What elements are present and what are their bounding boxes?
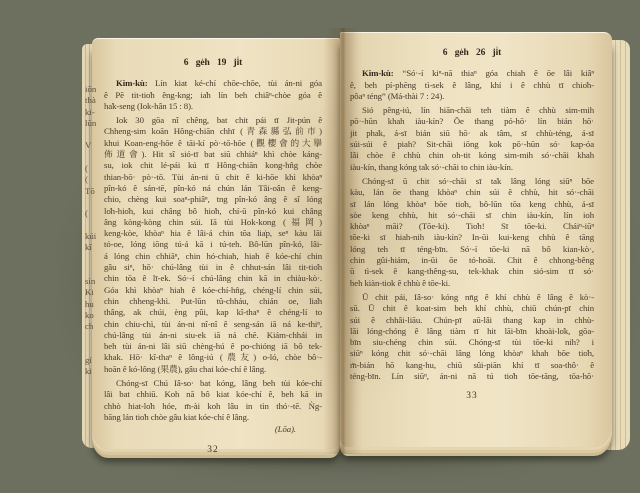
kim-ku-label: Kim-kù: — [362, 68, 394, 78]
edge-text-fragment: iōn — [85, 84, 105, 95]
edge-text-fragment: ko — [85, 310, 105, 321]
kim-ku-text: “Só·-í kiⁿ-nā thiaⁿ góa chiah ê ōe lâi k… — [402, 68, 594, 78]
kim-ku-text: Lín kiat ké-chí chōe-chōe, tùi án-ni góa — [155, 78, 322, 88]
text-line: pôaⁿ téng” (Má-thài 7 : 24). — [350, 91, 594, 102]
text-line: chin chheng-khì. Put-lūn tû-chháu, chián… — [104, 296, 322, 307]
text-line: âng kòng-kòng chin súi. Iā tùi Hok-kong … — [104, 217, 322, 228]
text-line: Chóng-sī Chú Iâ-so· bat kóng, lâng beh t… — [104, 378, 322, 389]
right-body-paragraph-3: Ū chit pái, Iâ-so· kóng nn̄g ê khí chhù … — [350, 292, 594, 382]
text-line: Iok 30 gōa nî chêng, bat chit pái tī Jit… — [104, 115, 322, 126]
text-line: súi ê chhâi-liāu. Chún-pī aū-lâi thang k… — [350, 315, 594, 326]
kim-ku-label: Kim-kù: — [116, 78, 148, 88]
text-line: su, iok chit lé-pái kú tī Hông-chiān kon… — [104, 160, 322, 171]
edge-text-fragment — [85, 152, 105, 163]
text-line: khui Koan-eng-hōe ê tāi-kí pò·-tō-hōe (觀… — [104, 138, 322, 149]
kim-ku-lines: ê, beh pí-phēng tì-sek ê lâng, khí i ê c… — [350, 80, 594, 103]
edge-text-fragment — [85, 220, 105, 231]
text-line: ê Pē tit-tio̍h êng-kng; ia̍h lín beh chi… — [104, 90, 322, 101]
kim-ku-first-line: Kim-kù: “Só·-í kiⁿ-nā thiaⁿ góa chiah ê … — [350, 68, 594, 79]
left-body-paragraph-1: Iok 30 gōa nî chêng, bat chit pái tī Jit… — [104, 115, 322, 375]
text-line: iàu-kín, thang kóng ta̍k só·-chāi to chi… — [350, 162, 594, 173]
edge-text-fragment: ki- — [85, 107, 105, 118]
edge-text-fragment — [85, 333, 105, 344]
text-line: á lóng chin chhiāⁿ, chin hó-chiah, hiah … — [104, 251, 322, 262]
text-line: Góa khì khòaⁿ hiah ê kóe-chí-hn̂g, chéng… — [104, 285, 322, 296]
right-page-header: 6 ge̍h 26 ji̍t — [350, 48, 594, 59]
edge-text-fragment: kúi — [85, 231, 105, 242]
text-line: sòe keng chhù, hit só·-chāi sī chin iàu-… — [350, 210, 594, 221]
text-line: chin chiu-chì, tùi án-ni nî-nî ê seng-sá… — [104, 319, 322, 330]
text-line: lâi bat chhiū. Koh nā bô kiat kóe-chí ê,… — [104, 389, 322, 400]
text-line: chú-lâng tùi án-ni siu-ek iā ná chē. Kiá… — [104, 330, 322, 341]
edge-text-fragment: Tō — [85, 186, 105, 197]
text-line: gâu siⁿ, hō· chú-lâng tùi in ê chhut-sán… — [104, 262, 322, 273]
edge-text-fragment — [85, 253, 105, 264]
text-line: khak. Hō· kî-thaⁿ ê lông-iú (農友) o-ló, c… — [104, 352, 322, 363]
edge-text-fragment: hu — [85, 299, 105, 310]
text-line: Chóng-sī ū chit só·-chāi sī ta̍k lâng ló… — [350, 176, 594, 187]
left-page-number: 32 — [104, 445, 322, 456]
right-kim-ku-paragraph: Kim-kù: “Só·-í kiⁿ-nā thiaⁿ góa chiah ê … — [350, 68, 594, 102]
text-line: lóng teh tī téng-bīn. Só·-í tōe-ki nā bô… — [350, 244, 594, 255]
left-kim-ku-paragraph: Kim-kù: Lín kiat ké-chí chōe-chōe, tùi á… — [104, 78, 322, 112]
text-line: bāng lán tio̍h chòe gâu kiat kóe-chí ê l… — [104, 412, 322, 423]
edge-text-fragment: ki — [85, 366, 105, 377]
edge-text-fragment — [85, 344, 105, 355]
text-line: jit pha̍k, á-sī bián siū hō· ak tâm, sī … — [350, 128, 594, 139]
text-line: lāi lóng-chóng ê lâng tiàm tī hit lāi-bī… — [350, 326, 594, 337]
text-line: tōe-ki sī hiah-nih iàu-kín? In-ūi kui-ke… — [350, 232, 594, 243]
left-page-header: 6 ge̍h 19 ji̍t — [104, 58, 322, 69]
right-page-content: 6 ge̍h 26 ji̍t Kim-kù: “Só·-í kiⁿ-nā thi… — [350, 48, 594, 403]
text-line: chio, chèng kui soaⁿ-phiâⁿ, tng pîn-kó â… — [104, 194, 322, 205]
edge-text-fragment: Ki — [85, 287, 105, 298]
text-line: beh tùi án-ni lâi siū chèng-hú ê po-chió… — [104, 341, 322, 352]
left-page-content: 6 ge̍h 19 ji̍t Kim-kù: Lín kiat ké-chí c… — [104, 58, 322, 456]
text-line: thian-bō· pò·-tō. Tùi án-ni ū chit ê ki-… — [104, 172, 322, 183]
edge-text-fragment: thà — [85, 95, 105, 106]
text-line: pîn-kó ê sán-tē, pîn-kó ná chún lán Tâi-… — [104, 183, 322, 194]
text-line: Ū chit pái, Iâ-so· kóng nn̄g ê khí chhù … — [350, 292, 594, 303]
edge-text-fragment: lūn — [85, 118, 105, 129]
kim-ku-first-line: Kim-kù: Lín kiat ké-chí chōe-chōe, tùi á… — [104, 78, 322, 89]
text-line: 佈道會). Hit sî sió-tī bat siū chhiáⁿ khì c… — [104, 149, 322, 160]
text-line: m̄-bián hō kang-hu, chiū sûi-piān khí tī… — [350, 360, 594, 371]
text-line: súi-súi ê piah? Sit-chāi iōng kok pō·-hū… — [350, 139, 594, 150]
text-line: keng-kòe, khòaⁿ hia ê lâi-á chin tōa lia… — [104, 228, 322, 239]
previous-page-text-fragments: iōnthàki-lūnV((Tō(kúikîsìnKihukochgíki — [85, 84, 105, 378]
text-line: sū. Ū chit ê koat-sim beh khí chhù, chiū… — [350, 303, 594, 314]
kim-ku-lines: ê Pē tit-tio̍h êng-kng; ia̍h lín beh chi… — [104, 90, 322, 113]
text-line: chin gûi-hiám, in-ūi ōe tó-hoāi. Chit ê … — [350, 255, 594, 266]
text-line: téng-bīn. Lín siūⁿ, án-ni nā tú tio̍h tō… — [350, 371, 594, 382]
text-line: kàu, lán ōe thang khòaⁿ chin súi ê chhù,… — [350, 187, 594, 198]
text-line: lâi chòe ê chhù chin oh-tit kóng sim-mih… — [350, 150, 594, 161]
text-line: Sió pêng-iú, lín hiān-chāi teh tiàm ê ch… — [350, 105, 594, 116]
edge-text-fragment — [85, 129, 105, 140]
right-body-paragraph-1: Sió pêng-iú, lín hiān-chāi teh tiàm ê ch… — [350, 105, 594, 173]
text-line: siūⁿ kóng chit só·-chāi lâng lóng khòaⁿ … — [350, 348, 594, 359]
text-line: ū tì-sek ê kang-thêng-su, tek-khak chin … — [350, 266, 594, 277]
text-line: sī lán lóng khòaⁿ bōe tio̍h, bô-lūn tōa … — [350, 199, 594, 210]
text-line: tó-oe, lóng iōng tú-á kā i tú-teh. Bô-lū… — [104, 239, 322, 250]
edge-text-fragment: ( — [85, 174, 105, 185]
text-line: hoān ê kó-lông (果農), gâu chai kóe-chí ê … — [104, 364, 322, 375]
text-line: chhò hiat-lo̍h hóe, m̄-ài koh lâu in tìn… — [104, 401, 322, 412]
text-line: pō·-hūn khah iàu-kín? Ōe thang pó-hō· lí… — [350, 116, 594, 127]
edge-text-fragment: sìn — [85, 276, 105, 287]
text-line: bīn siu-chéng chin súi. Chóng-sī tùi tōe… — [350, 337, 594, 348]
right-body-paragraph-2: Chóng-sī ū chit só·-chāi sī ta̍k lâng ló… — [350, 176, 594, 289]
edge-text-fragment: ( — [85, 163, 105, 174]
author-signature: (Lōa). — [104, 424, 322, 435]
edge-text-fragment: kî — [85, 242, 105, 253]
text-line: chin tōa ê lī-ek. Só·-í chú-lâng chin kā… — [104, 273, 322, 284]
edge-text-fragment: ( — [85, 208, 105, 219]
edge-text-fragment — [85, 265, 105, 276]
text-line: Chheng-sim koān Hông-chiān chhī (青森縣弘前市) — [104, 126, 322, 137]
edge-text-fragment: ch — [85, 321, 105, 332]
text-line: lo̍h-hio̍h, kui châng bô hio̍h, chí-ū pî… — [104, 206, 322, 217]
right-page-number: 33 — [350, 391, 594, 402]
text-line: ê, beh pí-phēng tì-sek ê lâng, khí i ê c… — [350, 80, 594, 91]
edge-text-fragment — [85, 197, 105, 208]
text-line: thâng, ak chúi, èng pûi, kap kî-thaⁿ ê c… — [104, 307, 322, 318]
text-line: beh kiàn-tiok ê chhù ê tōe-ki. — [350, 278, 594, 289]
edge-text-fragment: V — [85, 140, 105, 151]
left-body-paragraph-2: Chóng-sī Chú Iâ-so· bat kóng, lâng beh t… — [104, 378, 322, 423]
text-line: ha̍k-seng (Iok-hân 15 : 8). — [104, 101, 322, 112]
edge-text-fragment: gí — [85, 355, 105, 366]
text-line: khòaⁿ māi? (Tōe-ki). Tio̍h! Sī tōe-ki. C… — [350, 221, 594, 232]
open-book: iōnthàki-lūnV((Tō(kúikîsìnKihukochgíki 6… — [78, 28, 632, 476]
